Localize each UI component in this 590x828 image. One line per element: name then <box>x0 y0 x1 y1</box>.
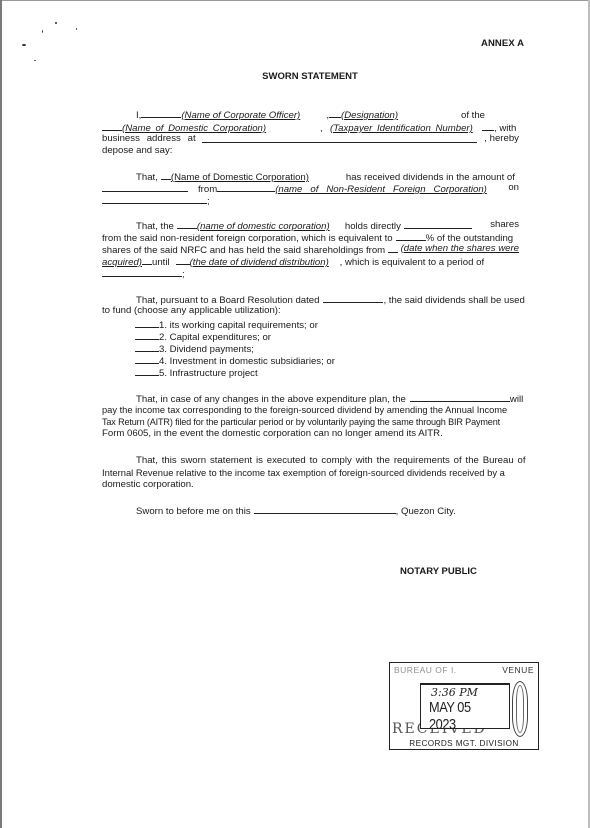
para3-line5: ; <box>102 267 519 279</box>
blank-line[interactable] <box>388 243 398 253</box>
para3-line4: acquired)until(the date of dividend dist… <box>102 255 519 267</box>
scan-speck <box>42 30 43 33</box>
stamp-header: BUREAU OF I. VENUE <box>394 665 534 675</box>
para6-line1: That, this sworn statement is executed t… <box>136 455 519 467</box>
checkbox-blank[interactable] <box>135 354 159 364</box>
scan-speck <box>22 44 26 46</box>
received-stamp: BUREAU OF I. VENUE RECEIVED 3:36 PM MAY … <box>389 662 539 750</box>
blank-line[interactable] <box>102 121 122 131</box>
text: address <box>147 133 181 145</box>
sworn-line: Sworn to before me on this, Quezon City. <box>136 504 519 516</box>
period-blank[interactable] <box>102 267 182 277</box>
para3-line3: shares of the said NRFC and has held the… <box>102 243 519 255</box>
blank-line[interactable] <box>176 255 190 265</box>
stamp-division: RECORDS MGT. DIVISION <box>390 739 538 748</box>
checkbox-blank[interactable] <box>135 342 159 352</box>
para1-line1: I,(Name of Corporate Officer),(Designati… <box>136 108 519 120</box>
blank-line[interactable] <box>142 255 152 265</box>
scan-speck <box>76 28 77 30</box>
document-title: SWORN STATEMENT <box>0 71 590 82</box>
text: , Quezon City. <box>396 506 456 517</box>
stamp-header-right: VENUE <box>502 665 534 675</box>
blank-line[interactable] <box>161 170 171 180</box>
dividend-amount-blank[interactable] <box>102 182 188 192</box>
para3-line2: from the said non-resident foreign corpo… <box>102 231 519 243</box>
board-resolution-date-blank[interactable] <box>323 293 383 303</box>
checkbox-blank[interactable] <box>135 366 159 376</box>
shares-count-blank[interactable] <box>404 219 472 229</box>
text: , hereby <box>484 133 519 145</box>
para5-line4: Form 0605, in the event the domestic cor… <box>102 428 519 440</box>
blank-line[interactable] <box>141 108 181 118</box>
para2-line2: from(name of Non-Resident Foreign Corpor… <box>102 182 519 194</box>
para5-line3: Tax Return (AITR) filed for the particul… <box>102 416 519 428</box>
para1-line2: (Name of Domestic Corporation),(Taxpayer… <box>102 121 519 133</box>
para1-line4: depose and say: <box>102 145 519 157</box>
page-edge-left <box>0 0 2 828</box>
scan-speck <box>55 22 57 24</box>
para3-line1: That, the(name of domestic corporation)h… <box>136 219 519 231</box>
utilization-option-5[interactable]: 5. Infrastructure project <box>135 366 258 380</box>
para6-line2: Internal Revenue relative to the income … <box>102 467 519 479</box>
option-label: 5. Infrastructure project <box>159 368 258 379</box>
para2-line3: ; <box>102 194 519 206</box>
text: ; <box>182 269 185 280</box>
blank-line[interactable] <box>329 108 341 118</box>
text: shares <box>490 219 519 231</box>
checkbox-blank[interactable] <box>135 330 159 340</box>
text: on <box>508 182 519 194</box>
sworn-date-blank[interactable] <box>254 504 396 514</box>
stamp-arc <box>516 685 524 733</box>
para5-line1: That, in case of any changes in the abov… <box>136 392 519 404</box>
stamp-date-box: 3:36 PM MAY 05 2023 <box>420 683 510 729</box>
checkbox-blank[interactable] <box>135 318 159 328</box>
para2-line1: That,(Name of Domestic Corporation)has r… <box>136 170 519 182</box>
para6-line3: domestic corporation. <box>102 479 519 491</box>
para4-line2: to fund (choose any applicable utilizati… <box>102 305 519 317</box>
para1-line3: business address at , hereby <box>102 133 519 145</box>
text: of the <box>461 110 485 121</box>
business-address-blank[interactable] <box>202 133 477 143</box>
notary-public-label: NOTARY PUBLIC <box>400 566 477 577</box>
stamp-header-left: BUREAU OF I. <box>394 665 457 675</box>
text: Sworn to before me on this <box>136 506 251 517</box>
corporation-name-blank[interactable] <box>410 392 510 402</box>
text: business <box>102 133 140 145</box>
blank-line[interactable] <box>177 219 197 229</box>
page-edge-top <box>0 0 590 1</box>
stamp-time: 3:36 PM <box>431 686 478 699</box>
dividend-date-blank[interactable] <box>102 194 207 204</box>
text: ; <box>207 196 210 207</box>
text: at <box>188 133 196 145</box>
stamp-date: MAY 05 2023 <box>429 699 497 733</box>
scan-speck <box>34 60 36 61</box>
blank-line[interactable] <box>482 121 494 131</box>
field-acquisition-date[interactable]: (date when the shares were <box>401 243 519 255</box>
para4-line1: That, pursuant to a Board Resolution dat… <box>136 293 519 305</box>
blank-line[interactable] <box>217 182 275 192</box>
percent-blank[interactable] <box>396 231 426 241</box>
para5-line2: pay the income tax corresponding to the … <box>102 404 519 416</box>
annex-label: ANNEX A <box>481 38 524 49</box>
